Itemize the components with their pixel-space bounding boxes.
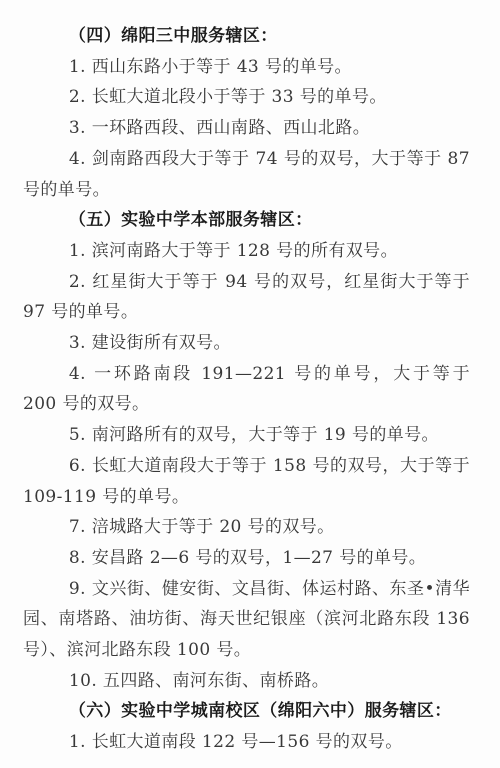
district-item: 2. 红星街大于等于 94 号的双号，红星街大于等于 97 号的单号。 xyxy=(23,267,470,328)
district-item: 2. 长虹大道北段小于等于 33 号的单号。 xyxy=(23,82,470,113)
section-heading: （六）实验中学城南校区（绵阳六中）服务辖区： xyxy=(23,696,470,727)
district-item: 10. 五四路、南河东街、南桥路。 xyxy=(23,666,470,697)
service-district-section: （四）绵阳三中服务辖区：1. 西山东路小于等于 43 号的单号。2. 长虹大道北… xyxy=(23,21,470,205)
district-item: 4. 一环路南段 191—221 号的单号，大于等于 200 号的双号。 xyxy=(23,359,470,420)
document-page: （四）绵阳三中服务辖区：1. 西山东路小于等于 43 号的单号。2. 长虹大道北… xyxy=(0,0,500,768)
district-item: 1. 滨河南路大于等于 128 号的所有双号。 xyxy=(23,236,470,267)
section-heading: （四）绵阳三中服务辖区： xyxy=(23,21,470,52)
district-item: 9. 文兴街、健安街、文昌街、体运村路、东圣•清华园、南塔路、油坊街、海天世纪银… xyxy=(23,574,470,666)
district-item: 1. 长虹大道南段 122 号—156 号的双号。 xyxy=(23,727,470,758)
service-district-section: （五）实验中学本部服务辖区：1. 滨河南路大于等于 128 号的所有双号。2. … xyxy=(23,205,470,696)
district-item: 7. 涪城路大于等于 20 号的双号。 xyxy=(23,512,470,543)
section-heading: （五）实验中学本部服务辖区： xyxy=(23,205,470,236)
district-item: 4. 剑南路西段大于等于 74 号的双号，大于等于 87 号的单号。 xyxy=(23,144,470,205)
district-item: 6. 长虹大道南段大于等于 158 号的双号，大于等于 109-119 号的单号… xyxy=(23,451,470,512)
district-item: 1. 西山东路小于等于 43 号的单号。 xyxy=(23,52,470,83)
service-district-section: （六）实验中学城南校区（绵阳六中）服务辖区：1. 长虹大道南段 122 号—15… xyxy=(23,696,470,757)
document-body: （四）绵阳三中服务辖区：1. 西山东路小于等于 43 号的单号。2. 长虹大道北… xyxy=(23,21,470,758)
district-item: 3. 一环路西段、西山南路、西山北路。 xyxy=(23,113,470,144)
district-item: 8. 安昌路 2—6 号的双号，1—27 号的单号。 xyxy=(23,543,470,574)
district-item: 5. 南河路所有的双号，大于等于 19 号的单号。 xyxy=(23,420,470,451)
district-item: 3. 建设街所有双号。 xyxy=(23,328,470,359)
